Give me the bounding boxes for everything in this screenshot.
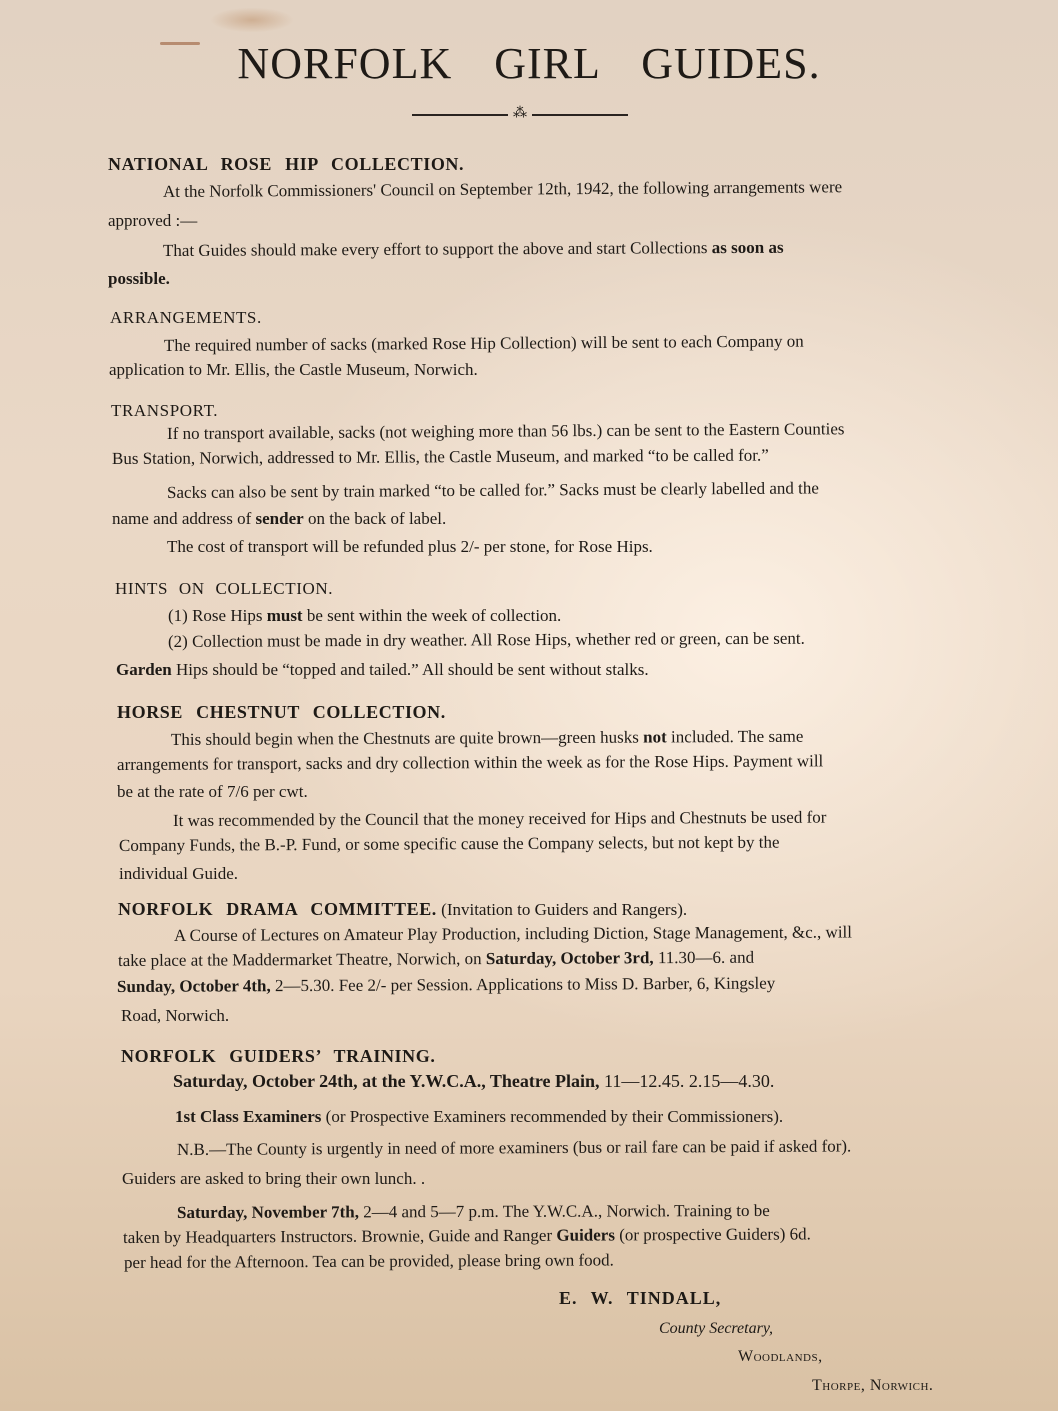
section-heading-arrangements: ARRANGEMENTS.	[110, 308, 262, 328]
training-examiners: 1st Class Examiners (or Prospective Exam…	[175, 1107, 783, 1127]
title-ornament-divider: ⁂	[412, 108, 628, 122]
training-nb: N.B.—The County is urgently in need of m…	[177, 1136, 851, 1160]
horse-chestnut-text: It was recommended by the Council that t…	[173, 808, 826, 831]
drama-text: Road, Norwich.	[121, 1006, 229, 1026]
section-heading-training: NORFOLK GUIDERS’ TRAINING.	[121, 1046, 435, 1067]
section-heading-drama: NORFOLK DRAMA COMMITTEE. (Invitation to …	[118, 899, 687, 920]
training-nb: Guiders are asked to bring their own lun…	[122, 1169, 425, 1189]
horse-chestnut-text: Company Funds, the B.-P. Fund, or some s…	[119, 833, 780, 856]
drama-text: take place at the Maddermarket Theatre, …	[118, 948, 754, 971]
transport-text: Bus Station, Norwich, addressed to Mr. E…	[112, 446, 769, 469]
drama-text: A Course of Lectures on Amateur Play Pro…	[174, 922, 852, 946]
fleuron-icon: ⁂	[508, 105, 532, 122]
hint-item-2: Garden Hips should be “topped and tailed…	[116, 660, 649, 680]
transport-text: name and address of sender on the back o…	[112, 509, 446, 529]
arrangements-text: The required number of sacks (marked Ros…	[164, 332, 804, 356]
document-title: NORFOLK GIRL GUIDES.	[0, 38, 1058, 89]
transport-text: The cost of transport will be refunded p…	[167, 537, 653, 557]
transport-text: If no transport available, sacks (not we…	[167, 419, 845, 444]
signature-name: E. W. TINDALL,	[559, 1288, 721, 1309]
section-heading-transport: TRANSPORT.	[111, 401, 218, 421]
hint-item-1: (1) Rose Hips must be sent within the we…	[168, 606, 561, 626]
transport-text: Sacks can also be sent by train marked “…	[167, 478, 819, 503]
hint-item-2: (2) Collection must be made in dry weath…	[168, 629, 805, 652]
arrangements-text: application to Mr. Ellis, the Castle Mus…	[109, 360, 478, 380]
horse-chestnut-text: be at the rate of 7/6 per cwt.	[117, 782, 308, 802]
rose-hip-text: At the Norfolk Commissioners' Council on…	[163, 177, 842, 202]
rose-hip-text: possible.	[108, 269, 170, 289]
rose-hip-text: That Guides should make every effort to …	[163, 238, 784, 261]
training-nov-text: taken by Headquarters Instructors. Brown…	[123, 1224, 811, 1248]
horse-chestnut-text: individual Guide.	[119, 864, 238, 884]
section-heading-hints: HINTS ON COLLECTION.	[115, 579, 333, 599]
signature-address-line2: Thorpe, Norwich.	[812, 1377, 933, 1395]
horse-chestnut-text: arrangements for transport, sacks and dr…	[117, 751, 823, 775]
drama-text: Sunday, October 4th, 2—5.30. Fee 2/- per…	[117, 974, 775, 997]
signature-address-line1: Woodlands,	[738, 1348, 823, 1366]
horse-chestnut-text: This should begin when the Chestnuts are…	[171, 727, 803, 750]
signature-role: County Secretary,	[659, 1320, 773, 1338]
training-date-oct: Saturday, October 24th, at the Y.W.C.A.,…	[173, 1071, 774, 1092]
section-heading-horse-chestnut: HORSE CHESTNUT COLLECTION.	[117, 702, 446, 723]
training-nov-text: per head for the Afternoon. Tea can be p…	[124, 1250, 614, 1273]
rose-hip-text: approved :—	[108, 211, 197, 231]
training-date-nov: Saturday, November 7th, 2—4 and 5—7 p.m.…	[177, 1201, 770, 1223]
section-heading-rose-hip: NATIONAL ROSE HIP COLLECTION.	[108, 154, 464, 175]
